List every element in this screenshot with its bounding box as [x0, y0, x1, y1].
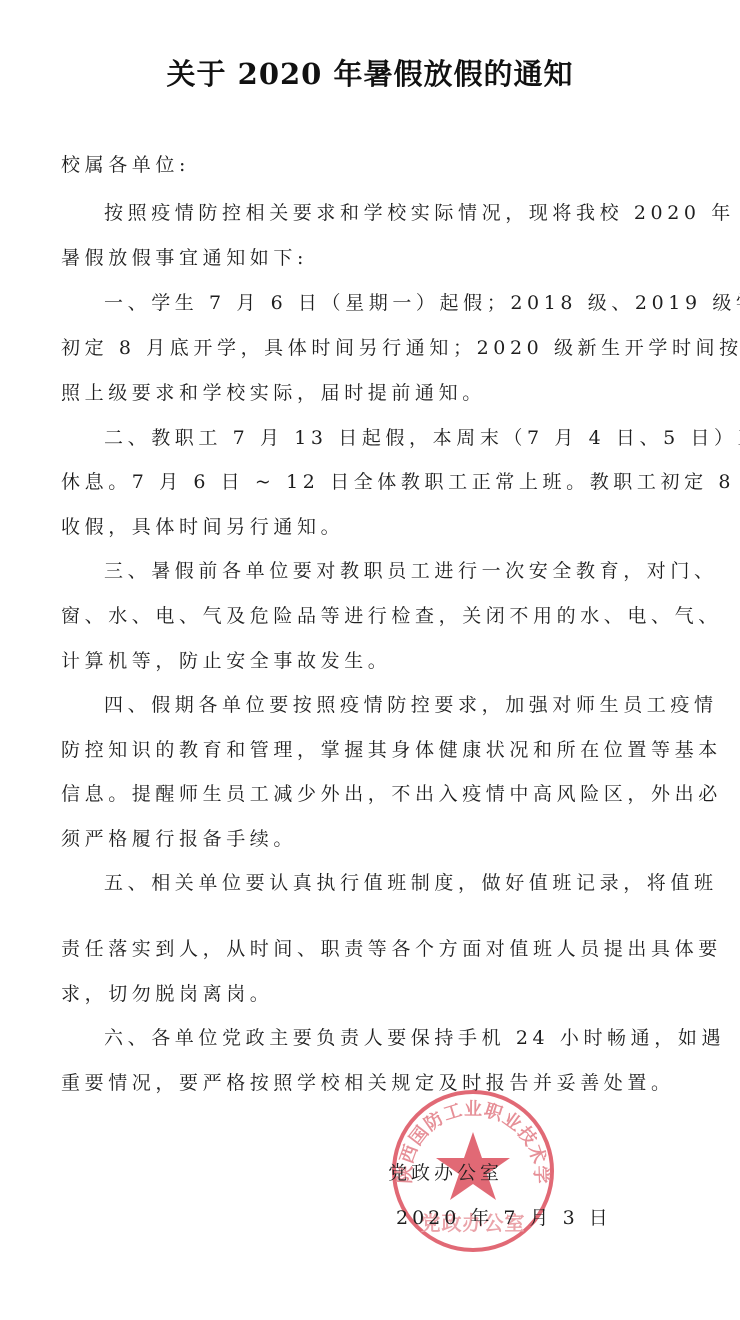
item-5-line-3: 求，切勿脱岗离岗。: [61, 979, 273, 1006]
item-1-line-2: 初定 8 月底开学，具体时间另行通知；2020 级新生开学时间按: [61, 333, 740, 360]
item-2-line-1: 二、教职工 7 月 13 日起假，本周末（7 月 4 日、5 日）正常: [104, 423, 740, 450]
item-5-line-1: 五、相关单位要认真执行值班制度，做好值班记录，将值班: [104, 868, 718, 895]
signature-office: 党政办公室: [388, 1158, 503, 1185]
item-2-line-3: 收假，具体时间另行通知。: [61, 512, 344, 539]
item-4-line-1: 四、假期各单位要按照疫情防控要求，加强对师生员工疫情: [104, 690, 718, 717]
intro-line-2: 暑假放假事宜通知如下:: [61, 243, 308, 270]
item-4-line-4: 须严格履行报备手续。: [61, 824, 297, 851]
document-title: 关于 2020 年暑假放假的通知: [0, 52, 740, 93]
signature-date: 2020 年 7 月 3 日: [396, 1203, 612, 1230]
intro-line-1: 按照疫情防控相关要求和学校实际情况，现将我校 2020 年: [104, 198, 735, 225]
item-4-line-2: 防控知识的教育和管理，掌握其身体健康状况和所在位置等基本: [61, 735, 722, 762]
item-4-line-3: 信息。提醒师生员工减少外出，不出入疫情中高风险区，外出必: [61, 779, 722, 806]
item-3-line-2: 窗、水、电、气及危险品等进行检查，关闭不用的水、电、气、: [61, 601, 722, 628]
item-6-line-1: 六、各单位党政主要负责人要保持手机 24 小时畅通，如遇: [104, 1023, 725, 1050]
item-1-line-3: 照上级要求和学校实际，届时提前通知。: [61, 378, 486, 405]
item-6-line-2: 重要情况，要严格按照学校相关规定及时报告并妥善处置。: [61, 1068, 675, 1095]
item-3-line-3: 计算机等，防止安全事故发生。: [61, 646, 391, 673]
item-2-line-2: 休息。7 月 6 日 ~ 12 日全体教职工正常上班。教职工初定 8 月底: [61, 467, 740, 494]
item-1-line-1: 一、学生 7 月 6 日（星期一）起假；2018 级、2019 级学生: [104, 288, 740, 315]
salutation: 校属各单位:: [61, 150, 190, 177]
item-3-line-1: 三、暑假前各单位要对教职员工进行一次安全教育，对门、: [104, 556, 718, 583]
notice-document: 关于 2020 年暑假放假的通知 校属各单位: 按照疫情防控相关要求和学校实际情…: [0, 0, 740, 1320]
item-5-line-2: 责任落实到人，从时间、职责等各个方面对值班人员提出具体要: [61, 934, 722, 961]
